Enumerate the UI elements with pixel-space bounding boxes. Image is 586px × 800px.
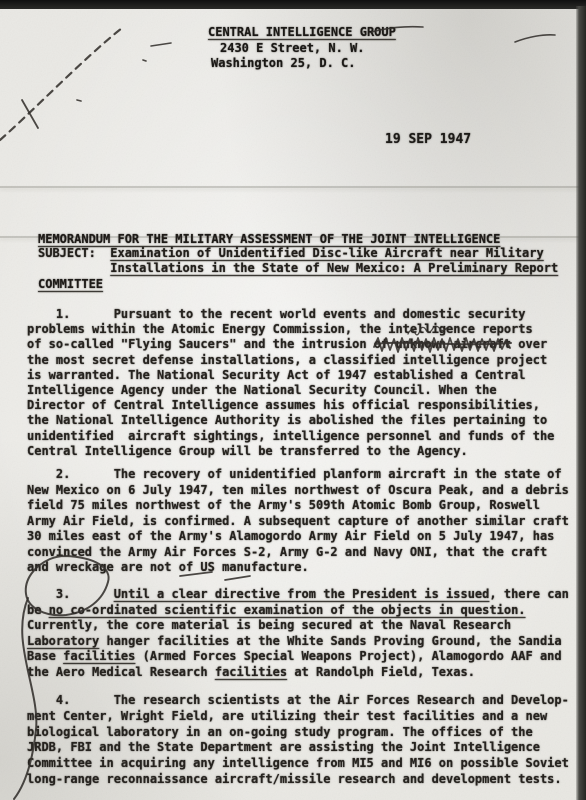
dash-top-right-edge (515, 35, 555, 42)
pen-dots-top-left (77, 60, 146, 101)
text-line: Base facilities (Armed Forces Special We… (27, 649, 569, 665)
text-line: 2. The recovery of unidentified planform… (27, 467, 569, 483)
text-line: JRDB, FBI and the State Department are a… (27, 740, 569, 756)
text-line: 1. Pursuant to the recent world events a… (27, 307, 554, 322)
text-line: Army Air Field, is confirmed. A subseque… (27, 514, 569, 530)
memo-heading-line-2: COMMITTEE (38, 277, 500, 292)
text-line: Installations in the State of New Mexico… (38, 261, 558, 276)
text-line: Currently, the core material is being se… (27, 618, 569, 634)
text-line: Intelligence Agency under the National S… (27, 383, 554, 398)
text-line: Laboratory hanger facilities at the Whit… (27, 634, 569, 650)
text-line: ment Center, Wright Field, are utilizing… (27, 709, 569, 725)
text-line: long-range reconnaissance aircraft/missi… (27, 772, 569, 788)
scan-border-right (576, 6, 586, 800)
memo-heading-line-1: MEMORANDUM FOR THE MILITARY ASSESSMENT O… (38, 232, 500, 247)
paragraph-4: 4. The research scientists at the Air Fo… (27, 693, 569, 788)
text-line: is warranted. The National Security Act … (27, 368, 554, 383)
text-line: SUBJECT: Examination of Unidentified Dis… (38, 246, 558, 261)
letterhead-address: 2430 E Street, N. W. (220, 41, 365, 55)
scan-border-top (0, 0, 586, 9)
text-line: biological laboratory in an on-going stu… (27, 725, 569, 741)
text-line: the Aero Medical Research facilities at … (27, 665, 569, 681)
date-stamp: 19 SEP 1947 (385, 132, 471, 147)
text-line: the National Intelligence Authority is a… (27, 413, 554, 428)
pen-tick-top-left (22, 100, 38, 128)
text-line: the most secret defense installations, a… (27, 353, 554, 368)
letterhead-city: Washington 25, D. C. (211, 56, 356, 70)
paragraph-1: 1. Pursuant to the recent world events a… (27, 307, 554, 459)
tick-before-address (151, 43, 171, 46)
text-line: Director of Central Intelligence assumes… (27, 398, 554, 413)
fold-line (0, 186, 586, 188)
paragraph-2: 2. The recovery of unidentified planform… (27, 467, 569, 576)
diagonal-dashed-line-top-left (0, 28, 122, 140)
text-line: 4. The research scientists at the Air Fo… (27, 693, 569, 709)
text-line: Committee in acquiring any intelligence … (27, 756, 569, 772)
text-line: 30 miles east of the Army's Alamogordo A… (27, 529, 569, 545)
text-line: be no co-ordinated scientific examinatio… (27, 603, 569, 619)
text-line: of so-called "Flying Saucers" and the in… (27, 337, 554, 352)
text-line: problems within the Atomic Energy Commis… (27, 322, 554, 337)
text-line: 3. Until a clear directive from the Pres… (27, 587, 569, 603)
text-line: unidentified aircraft sightings, intelli… (27, 429, 554, 444)
text-line: field 75 miles northwest of the Army's 5… (27, 498, 569, 514)
scanned-memo-page: CENTRAL INTELLIGENCE GROUP 2430 E Street… (0, 0, 586, 800)
text-line: convinced the Army Air Forces S-2, Army … (27, 545, 569, 561)
letterhead-org: CENTRAL INTELLIGENCE GROUP (208, 25, 396, 39)
text-line: Central Intelligence Group will be trans… (27, 444, 554, 459)
text-line: New Mexico on 6 July 1947, ten miles nor… (27, 483, 569, 499)
text-line: and wreckage are not of US manufacture. (27, 560, 569, 576)
subject-line: SUBJECT: Examination of Unidentified Dis… (38, 246, 558, 276)
paragraph-3: 3. Until a clear directive from the Pres… (27, 587, 569, 680)
